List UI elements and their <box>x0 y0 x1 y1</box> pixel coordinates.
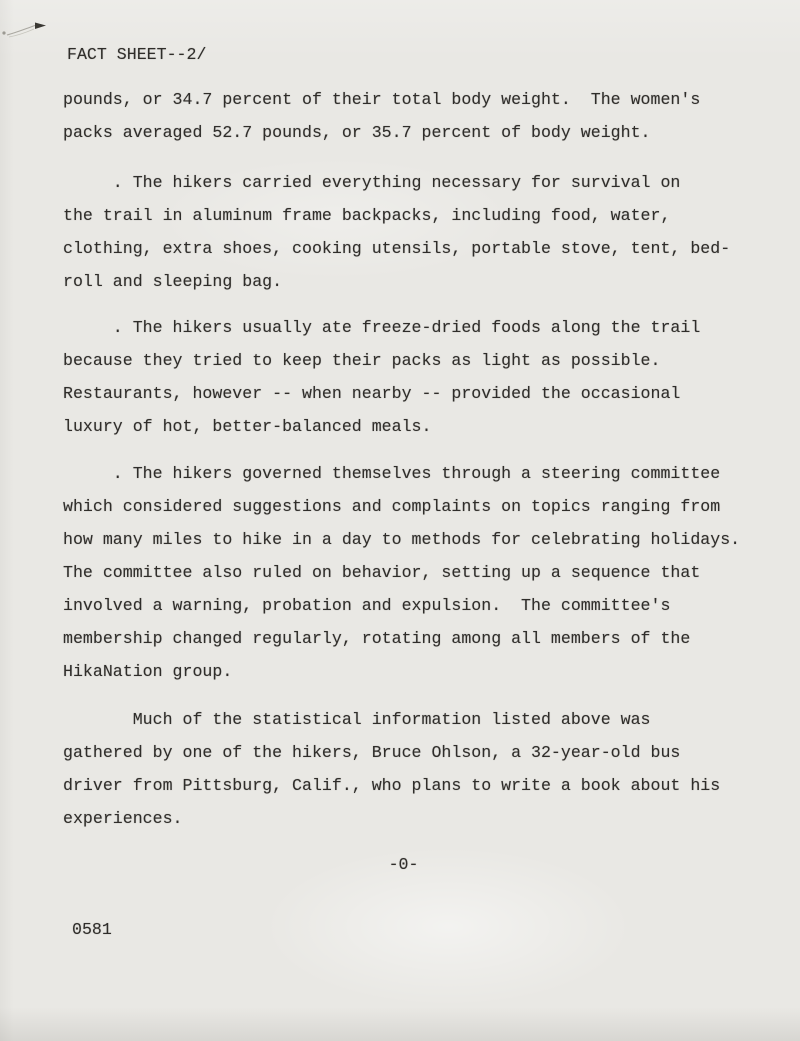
text-line: Much of the statistical information list… <box>63 703 752 736</box>
paragraph-pack-weights: pounds, or 34.7 percent of their total b… <box>63 83 752 149</box>
text-line: pounds, or 34.7 percent of their total b… <box>63 83 752 116</box>
text-line: gathered by one of the hikers, Bruce Ohl… <box>63 736 752 769</box>
text-line: packs averaged 52.7 pounds, or 35.7 perc… <box>63 116 752 149</box>
pen-mark-icon <box>0 6 60 51</box>
text-line: roll and sleeping bag. <box>63 265 752 298</box>
end-of-document-marker: -0- <box>63 848 744 881</box>
text-line: the trail in aluminum frame backpacks, i… <box>63 199 752 232</box>
text-line: . The hikers governed themselves through… <box>63 457 752 490</box>
paragraph-statistics-source: Much of the statistical information list… <box>63 703 752 835</box>
text-line: Restaurants, however -- when nearby -- p… <box>63 377 752 410</box>
document-number: 0581 <box>72 913 752 946</box>
text-line: HikaNation group. <box>63 655 752 688</box>
paragraph-gear-carried: . The hikers carried everything necessar… <box>63 166 752 298</box>
paragraph-steering-committee: . The hikers governed themselves through… <box>63 457 752 688</box>
text-line: because they tried to keep their packs a… <box>63 344 752 377</box>
text-line: The committee also ruled on behavior, se… <box>63 556 752 589</box>
text-line: experiences. <box>63 802 752 835</box>
text-line: membership changed regularly, rotating a… <box>63 622 752 655</box>
text-line: clothing, extra shoes, cooking utensils,… <box>63 232 752 265</box>
text-line: involved a warning, probation and expuls… <box>63 589 752 622</box>
page-header: FACT SHEET--2/ <box>67 38 752 71</box>
paragraph-food: . The hikers usually ate freeze-dried fo… <box>63 311 752 443</box>
scanned-page: FACT SHEET--2/ pounds, or 34.7 percent o… <box>0 0 800 1041</box>
text-line: luxury of hot, better-balanced meals. <box>63 410 752 443</box>
text-line: driver from Pittsburg, Calif., who plans… <box>63 769 752 802</box>
text-line: . The hikers usually ate freeze-dried fo… <box>63 311 752 344</box>
text-line: . The hikers carried everything necessar… <box>63 166 752 199</box>
text-line: which considered suggestions and complai… <box>63 490 752 523</box>
text-line: how many miles to hike in a day to metho… <box>63 523 752 556</box>
